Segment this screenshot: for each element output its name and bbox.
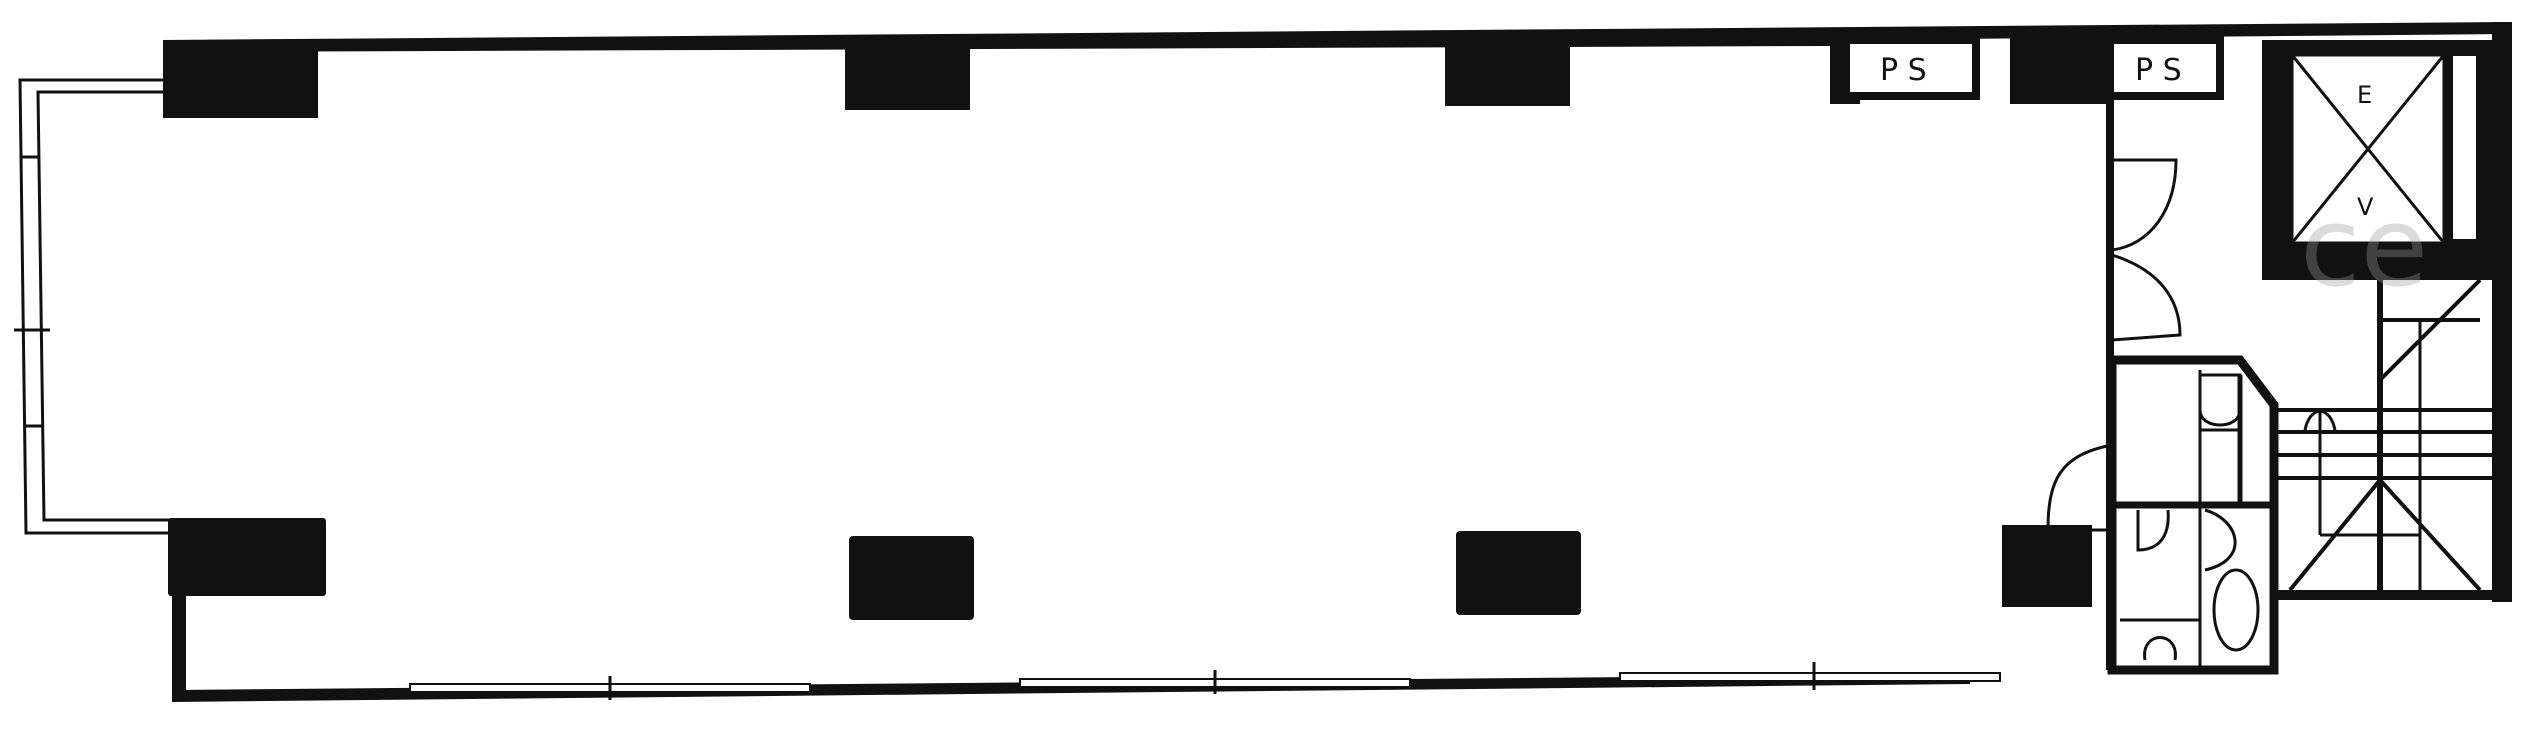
watermark-text: ce <box>2300 183 2428 311</box>
columns <box>163 34 2110 620</box>
staircase <box>2274 280 2492 600</box>
ps-left-label: P S <box>1880 53 1927 88</box>
ps-right-label: P S <box>2135 53 2182 88</box>
floor-plan: P S P S E V ce <box>0 0 2542 736</box>
elevator-side <box>2452 55 2477 240</box>
elevator-label-e: E <box>2357 81 2372 109</box>
washroom <box>2112 360 2274 670</box>
bay-window-left <box>14 80 170 533</box>
